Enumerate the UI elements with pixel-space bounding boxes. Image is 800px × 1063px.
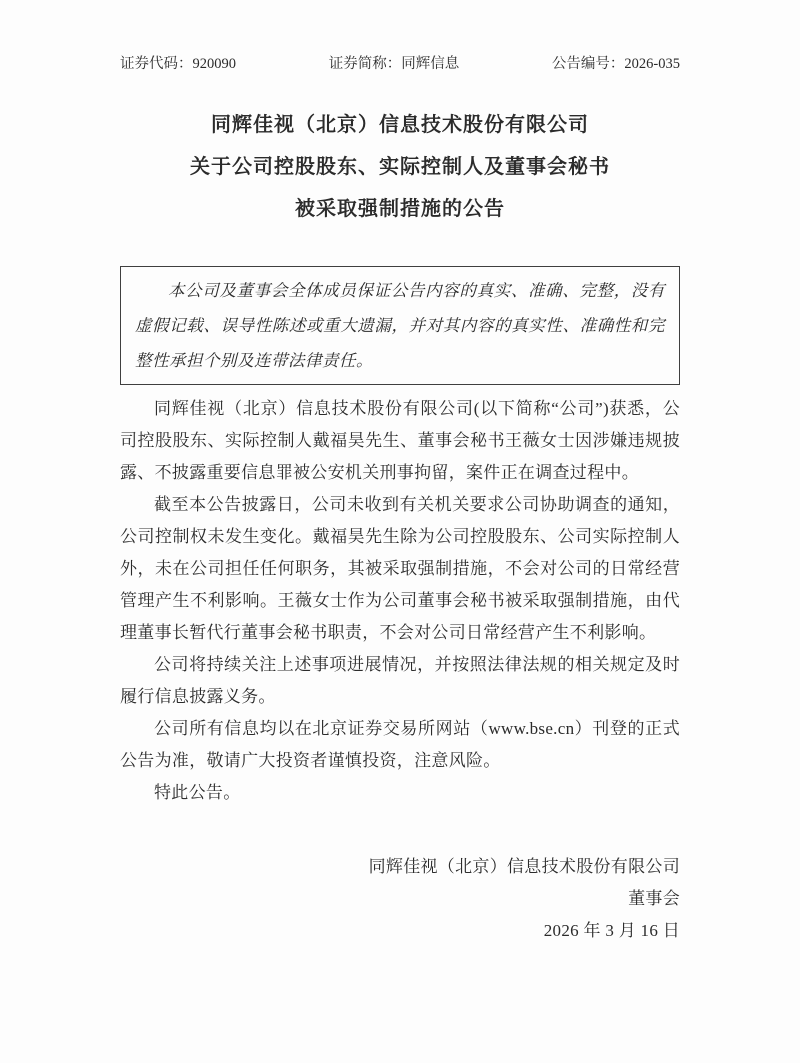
title-line-company: 同辉佳视（北京）信息技术股份有限公司 [120,104,680,146]
title-line-subject: 关于公司控股股东、实际控制人及董事会秘书 [120,146,680,188]
signature-date: 2026 年 3 月 16 日 [120,915,680,947]
stock-short-name: 证券简称：同辉信息 [329,54,460,74]
body-paragraph-closing: 特此公告。 [120,777,680,809]
disclaimer-box: 本公司及董事会全体成员保证公告内容的真实、准确、完整，没有虚假记载、误导性陈述或… [120,266,680,385]
signature-board: 董事会 [120,883,680,915]
signature-block: 同辉佳视（北京）信息技术股份有限公司 董事会 2026 年 3 月 16 日 [120,851,680,947]
body-paragraph: 同辉佳视（北京）信息技术股份有限公司(以下简称“公司”)获悉，公司控股股东、实际… [120,393,680,489]
title-line-type: 被采取强制措施的公告 [120,188,680,230]
disclaimer-text: 本公司及董事会全体成员保证公告内容的真实、准确、完整，没有虚假记载、误导性陈述或… [135,273,665,378]
announcement-number: 公告编号：2026-035 [552,54,680,74]
stock-code: 证券代码：920090 [120,54,236,74]
signature-company: 同辉佳视（北京）信息技术股份有限公司 [120,851,680,883]
document-body: 同辉佳视（北京）信息技术股份有限公司(以下简称“公司”)获悉，公司控股股东、实际… [120,393,680,809]
announcement-page: 证券代码：920090 证券简称：同辉信息 公告编号：2026-035 同辉佳视… [0,0,800,1063]
body-paragraph: 公司将持续关注上述事项进展情况，并按照法律法规的相关规定及时履行信息披露义务。 [120,649,680,713]
body-paragraph: 公司所有信息均以在北京证券交易所网站（www.bse.cn）刊登的正式公告为准，… [120,713,680,777]
body-paragraph: 截至本公告披露日，公司未收到有关机关要求公司协助调查的通知，公司控制权未发生变化… [120,489,680,649]
document-title: 同辉佳视（北京）信息技术股份有限公司 关于公司控股股东、实际控制人及董事会秘书 … [120,104,680,230]
document-header: 证券代码：920090 证券简称：同辉信息 公告编号：2026-035 [120,54,680,74]
